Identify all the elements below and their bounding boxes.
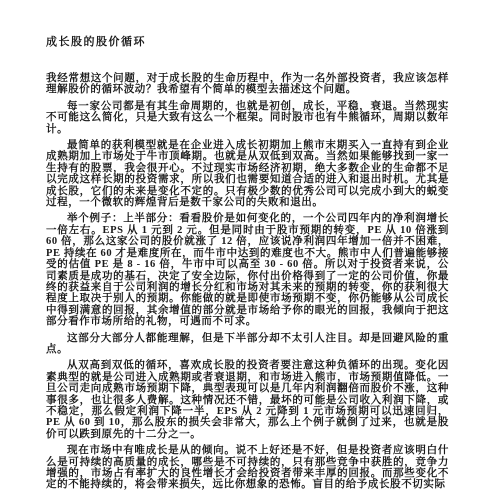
paragraph: 每一家公司都是有其生命周期的，也就是初创，成长，平稳，衰退。当然现实不可能这么简…: [46, 101, 449, 135]
paragraph: 举个例子：上半部分：看看股价是如何变化的，一个公司四年内的净利润增长一倍左右。E…: [46, 213, 449, 327]
paragraph: 现在市场中有唯成长是从的倾向。说不上好还是不好，但是投资者应该明白什么是可持续的…: [46, 445, 449, 491]
paragraph: 从双高到双低的循环，喜欢成长股的投资者要注意这种负循环的出现。变化因素典型的就是…: [46, 360, 449, 440]
document-page: 成长股的股价循环 我经常想这个问题，对于成长股的生命历程中，作为一名外部投资者，…: [0, 0, 495, 495]
paragraph: 最简单的获利模型就是在企业进入成长初期加上熊市末期买入一直持有到企业成熟期加上市…: [46, 140, 449, 208]
paragraph: 我经常想这个问题，对于成长股的生命历程中，作为一名外部投资者，我应该怎样理解股价…: [46, 73, 449, 96]
document-content: 成长股的股价循环 我经常想这个问题，对于成长股的生命历程中，作为一名外部投资者，…: [46, 36, 449, 495]
document-title: 成长股的股价循环: [46, 36, 449, 48]
paragraph: 这部分大部分人都能理解，但是下半部分却不太引人注目。却是回避风险的重点。: [46, 333, 449, 356]
